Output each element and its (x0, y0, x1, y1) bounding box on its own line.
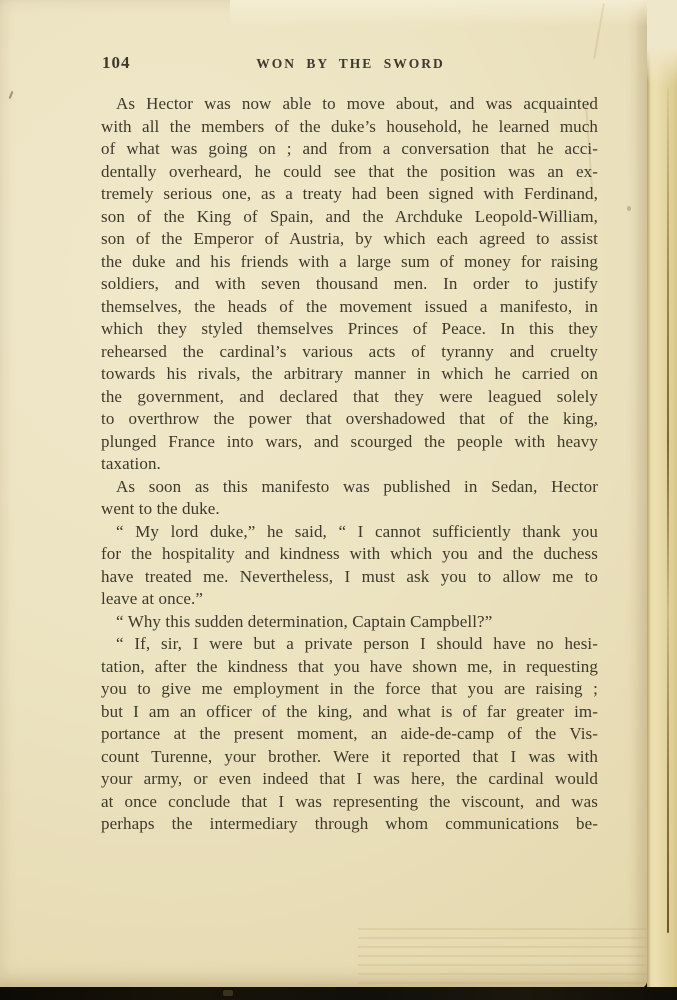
text-line: “ If, sir, I were but a private person I… (101, 633, 598, 656)
text-line: have treated me. Nevertheless, I must as… (101, 566, 598, 589)
text-line: plunged France into wars, and scourged t… (101, 431, 598, 454)
text-line: went to the duke. (101, 498, 598, 521)
text-line: your army, or even indeed that I was her… (101, 768, 598, 791)
text-line: “ My lord duke,” he said, “ I cannot suf… (101, 521, 598, 544)
paragraph: “ If, sir, I were but a private person I… (101, 633, 598, 836)
paper-mark (9, 91, 14, 99)
running-title: WON BY THE SWORD (101, 56, 600, 72)
text-line: with all the members of the duke’s house… (101, 116, 598, 139)
text-line: son of the King of Spain, and the Archdu… (101, 206, 598, 229)
text-line: leave at once.” (101, 588, 598, 611)
text-line: soldiers, and with seven thousand men. I… (101, 273, 598, 296)
text-line: son of the Emperor of Austria, by which … (101, 228, 598, 251)
text-line: dentally overheard, he could see that th… (101, 161, 598, 184)
running-head: 104 WON BY THE SWORD (101, 53, 600, 75)
paragraph: “ My lord duke,” he said, “ I cannot suf… (101, 521, 598, 611)
text-line: tation, after the kindness that you have… (101, 656, 598, 679)
text-line: to overthrow the power that overshadowed… (101, 408, 598, 431)
text-line: count Turenne, your brother. Were it rep… (101, 746, 598, 769)
book-page: 104 WON BY THE SWORD As Hector was now a… (0, 0, 647, 988)
text-line: As soon as this manifesto was published … (101, 476, 598, 499)
paper-speck (627, 206, 631, 211)
text-line: rehearsed the cardinal’s various acts of… (101, 341, 598, 364)
text-line: themselves, the heads of the movement is… (101, 296, 598, 319)
text-line: which they styled themselves Princes of … (101, 318, 598, 341)
paragraph: As soon as this manifesto was published … (101, 476, 598, 521)
book-scan: 104 WON BY THE SWORD As Hector was now a… (0, 0, 677, 1000)
paragraph: “ Why this sudden determination, Captain… (101, 611, 598, 634)
book-cover-edge (0, 987, 677, 1000)
text-line: As Hector was now able to move about, an… (101, 93, 598, 116)
text-line: for the hospitality and kindness with wh… (101, 543, 598, 566)
text-line: at once conclude that I was representing… (101, 791, 598, 814)
page-text: As Hector was now able to move about, an… (101, 93, 598, 836)
text-line: the duke and his friends with a large su… (101, 251, 598, 274)
text-line: but I am an officer of the king, and wha… (101, 701, 598, 724)
text-line: of what was going on ; and from a conver… (101, 138, 598, 161)
text-line: “ Why this sudden determination, Captain… (101, 611, 598, 634)
paper-sheen (230, 0, 647, 26)
text-line: towards his rivals, the arbitrary manner… (101, 363, 598, 386)
text-line: perhaps the intermediary through whom co… (101, 813, 598, 836)
paragraph: As Hector was now able to move about, an… (101, 93, 598, 476)
paper-crease (593, 3, 605, 58)
text-line: taxation. (101, 453, 598, 476)
page-edges-right (647, 0, 677, 988)
text-line: you to give me employment in the force t… (101, 678, 598, 701)
text-line: portance at the present moment, an aide-… (101, 723, 598, 746)
text-line: tremely serious one, as a treaty had bee… (101, 183, 598, 206)
text-line: the government, and declared that they w… (101, 386, 598, 409)
